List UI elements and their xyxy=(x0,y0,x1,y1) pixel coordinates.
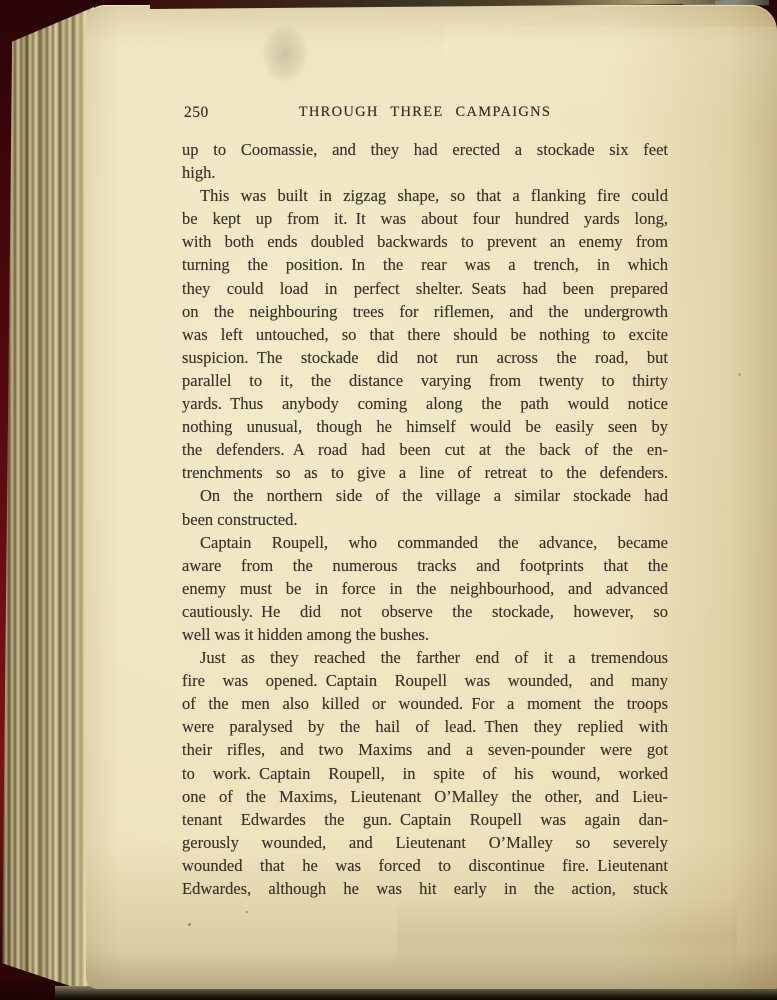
page-edges-stack xyxy=(2,4,94,995)
book-scan: 250 THROUGH THREE CAMPAIGNS up to Coomas… xyxy=(0,0,777,1000)
text-line: tenant Edwardes the gun. Captain Roupell… xyxy=(182,808,668,831)
text-line: Edwardes, although he was hit early in t… xyxy=(182,877,668,900)
text-line: to work. Captain Roupell, in spite of hi… xyxy=(182,762,668,785)
text-line: well was it hidden among the bushes. xyxy=(182,623,668,646)
text-line: one of the Maxims, Lieutenant O’Malley t… xyxy=(182,785,668,808)
page-header: 250 THROUGH THREE CAMPAIGNS xyxy=(182,104,668,124)
text-line: of the men also killed or wounded. For a… xyxy=(182,692,668,715)
paper-speck xyxy=(738,373,741,376)
text-line: high. xyxy=(182,161,668,184)
text-line: they could load in perfect shelter. Seat… xyxy=(182,277,668,300)
text-line: nothing unusual, though he himself would… xyxy=(182,415,668,438)
book-page: 250 THROUGH THREE CAMPAIGNS up to Coomas… xyxy=(86,5,777,989)
text-line: turning the position. In the rear was a … xyxy=(182,253,668,276)
text-line: was left untouched, so that there should… xyxy=(182,323,668,346)
text-line: on the neighbouring trees for riflemen, … xyxy=(182,300,668,323)
text-line: suspicion. The stockade did not run acro… xyxy=(182,346,668,369)
paper-stain xyxy=(254,15,316,93)
text-line: cautiously. He did not observe the stock… xyxy=(182,600,668,623)
page-number: 250 xyxy=(184,104,209,122)
text-line: On the northern side of the village a si… xyxy=(182,484,668,507)
paper-speck xyxy=(188,923,191,926)
text-line: wounded that he was forced to discontinu… xyxy=(182,854,668,877)
scan-dark-band xyxy=(397,897,737,967)
text-line: enemy must be in force in the neighbourh… xyxy=(182,577,668,600)
text-line: Just as they reached the farther end of … xyxy=(182,646,668,669)
running-header: THROUGH THREE CAMPAIGNS xyxy=(182,104,668,121)
paper-speck xyxy=(246,911,248,913)
text-line: gerously wounded, and Lieutenant O’Malle… xyxy=(182,831,668,854)
text-line: aware from the numerous tracks and footp… xyxy=(182,554,668,577)
text-line: Captain Roupell, who commanded the advan… xyxy=(182,531,668,554)
text-line: trenchments so as to give a line of retr… xyxy=(182,461,668,484)
text-line: up to Coomassie, and they had erected a … xyxy=(182,138,668,161)
text-line: yards. Thus anybody coming along the pat… xyxy=(182,392,668,415)
text-line: their rifles, and two Maxims and a seven… xyxy=(182,738,668,761)
text-line: be kept up from it. It was about four hu… xyxy=(182,207,668,230)
text-line: the defenders. A road had been cut at th… xyxy=(182,438,668,461)
page-text: up to Coomassie, and they had erected a … xyxy=(182,138,668,900)
text-line: fire was opened. Captain Roupell was wou… xyxy=(182,669,668,692)
text-line: This was built in zigzag shape, so that … xyxy=(182,184,668,207)
text-line: were paralysed by the hail of lead. Then… xyxy=(182,715,668,738)
text-line: parallel to it, the distance varying fro… xyxy=(182,369,668,392)
text-line: with both ends doubled backwards to prev… xyxy=(182,230,668,253)
text-line: been constructed. xyxy=(182,508,668,531)
